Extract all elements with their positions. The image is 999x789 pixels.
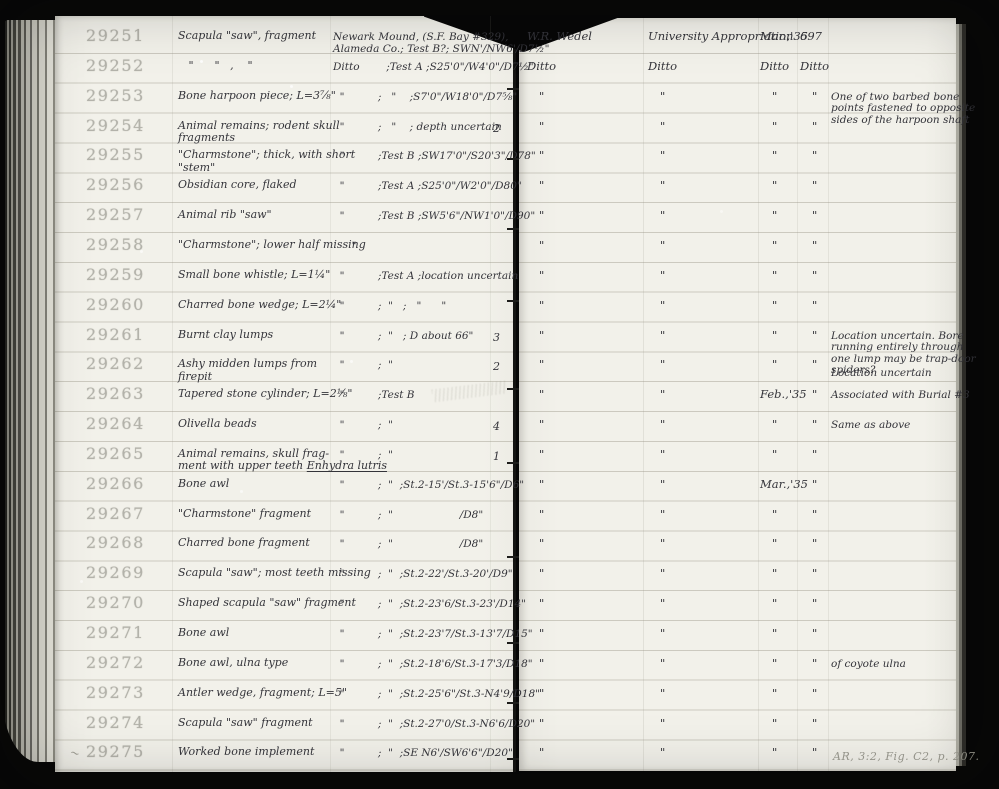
description-cell: Tapered stone cylinder; L=2⅛" — [178, 388, 352, 401]
collector-cell: Ditto — [527, 59, 556, 73]
locality-cell: " ;Test A ;location uncertain — [333, 270, 518, 282]
order-number-cell: " — [800, 208, 817, 222]
count-cell: 4 — [493, 420, 500, 433]
column-rule — [828, 18, 829, 771]
collector-cell: " — [527, 566, 544, 580]
date-cell: " — [760, 566, 777, 580]
spine-tick — [507, 758, 519, 760]
collector-cell: " — [527, 268, 544, 282]
remarks-cell: Location uncertain — [831, 368, 932, 380]
fund-cell: " — [648, 536, 665, 550]
count-cell: 2 — [493, 360, 500, 373]
column-rule — [172, 16, 173, 772]
order-number-cell: " — [800, 119, 817, 133]
order-number-cell: " — [800, 357, 817, 371]
description-cell: Antler wedge, fragment; L=5" — [178, 687, 347, 700]
description-cell: Bone awl — [178, 627, 229, 640]
date-cell: " — [760, 417, 777, 431]
locality-cell: " ;Test A ;S25'0"/W2'0"/D80" — [333, 180, 522, 192]
catalog-number-stamp: 29272 — [86, 653, 145, 672]
scanned-ledger-photo: ~ 29251Scapula "saw", fragmentNewark Mou… — [0, 0, 999, 789]
description-cell: Charred bone fragment — [178, 537, 310, 550]
date-cell: " — [760, 148, 777, 162]
locality-cell: Newark Mound, (S.F. Bay #329), Alameda C… — [333, 31, 549, 55]
locality-cell: Ditto ;Test A ;S25'0"/W4'0"/D7½" — [333, 61, 534, 73]
catalog-number-stamp: 29255 — [86, 145, 145, 164]
description-cell: Charred bone wedge; L=2¼" — [178, 299, 341, 312]
fund-cell: " — [648, 417, 665, 431]
description-cell: Shaped scapula "saw" fragment — [178, 597, 356, 610]
fund-cell: " — [648, 357, 665, 371]
catalog-number-stamp: 29269 — [86, 563, 145, 582]
collector-cell: " — [527, 447, 544, 461]
count-cell: 3 — [493, 331, 500, 344]
collector-cell: " — [527, 208, 544, 222]
order-number-cell: " — [800, 387, 817, 401]
order-number-cell: " — [800, 89, 817, 103]
order-number-cell: " — [800, 745, 817, 759]
collector-cell: " — [527, 536, 544, 550]
catalog-number-stamp: 29263 — [86, 384, 145, 403]
description-cell: Bone harpoon piece; L=3⅞" — [178, 90, 336, 103]
fund-cell: " — [648, 447, 665, 461]
fund-cell: " — [648, 507, 665, 521]
collector-cell: " — [527, 716, 544, 730]
fund-cell: " — [648, 686, 665, 700]
order-number-cell: Ditto — [800, 59, 829, 73]
locality-cell: " ; " ; " " — [333, 300, 446, 312]
description-cell: Scapula "saw", fragment — [178, 30, 316, 43]
locality-cell: " ; " ;St.2-27'0/St.3-N6'6/D20" — [333, 718, 535, 730]
catalog-number-stamp: 29271 — [86, 623, 145, 642]
catalog-number-stamp: 29257 — [86, 205, 145, 224]
catalog-number-stamp: 29259 — [86, 265, 145, 284]
catalog-number-stamp: 29251 — [86, 26, 145, 45]
description-cell: Obsidian core, flaked — [178, 179, 297, 192]
catalog-number-stamp: 29262 — [86, 354, 145, 373]
catalog-number-stamp: 29254 — [86, 116, 145, 135]
catalog-number-stamp: 29256 — [86, 175, 145, 194]
order-number-cell: " — [800, 178, 817, 192]
order-number-cell: " — [800, 536, 817, 550]
catalog-number-stamp: 29274 — [86, 713, 145, 732]
locality-cell: " ; " — [333, 419, 393, 431]
date-cell: " — [760, 208, 777, 222]
collector-cell: " — [527, 417, 544, 431]
locality-cell: " ; " ;St.2-23'7/St.3-13'7/D15" — [333, 628, 533, 640]
description-cell: Animal rib "saw" — [178, 209, 272, 222]
remarks-cell: Associated with Burial #3 — [831, 390, 970, 402]
remarks-cell: One of two barbed bone points fastened t… — [831, 92, 975, 127]
collector-cell: " — [527, 477, 544, 491]
spine-tick — [507, 300, 519, 302]
order-number-cell: " — [800, 596, 817, 610]
catalog-number-stamp: 29258 — [86, 235, 145, 254]
fund-cell: " — [648, 119, 665, 133]
fund-cell: " — [648, 268, 665, 282]
collector-cell: " — [527, 745, 544, 759]
fund-cell: " — [648, 89, 665, 103]
description-cell: " " , " — [178, 60, 253, 73]
catalog-number-stamp: 29261 — [86, 325, 145, 344]
order-number-cell: " — [800, 328, 817, 342]
count-cell: 2 — [493, 122, 500, 135]
description-cell: Small bone whistle; L=1¼" — [178, 269, 330, 282]
date-cell: Ditto — [760, 59, 789, 73]
fund-cell: " — [648, 656, 665, 670]
locality-cell: " ; " ; depth uncertain — [333, 121, 502, 133]
collector-cell: " — [527, 357, 544, 371]
order-number-cell: " — [800, 238, 817, 252]
description-cell: Bone awl, ulna type — [178, 657, 288, 670]
catalog-number-stamp: 29260 — [86, 295, 145, 314]
date-cell: " — [760, 656, 777, 670]
fund-cell: " — [648, 626, 665, 640]
description-cell: "Charmstone" fragment — [178, 508, 311, 521]
date-cell: " — [760, 238, 777, 252]
catalog-number-stamp: 29273 — [86, 683, 145, 702]
spine-tick — [507, 642, 519, 644]
fund-cell: " — [648, 387, 665, 401]
collector-cell: " — [527, 686, 544, 700]
order-number-cell: " — [800, 507, 817, 521]
spine-tick — [507, 556, 519, 558]
order-number-cell: " — [800, 447, 817, 461]
catalog-number-stamp: 29265 — [86, 444, 145, 463]
spine-tick — [507, 88, 519, 90]
order-number-cell: 697 — [800, 29, 822, 43]
order-number-cell: " — [800, 268, 817, 282]
column-rule — [758, 18, 759, 771]
fund-cell: " — [648, 328, 665, 342]
description-cell: "Charmstone"; thick, with short "stem" — [178, 149, 355, 174]
order-number-cell: " — [800, 686, 817, 700]
order-number-cell: " — [800, 716, 817, 730]
date-cell: " — [760, 178, 777, 192]
description-cell: Ashy midden lumps from firepit — [178, 358, 317, 383]
locality-cell: " ; " ; D about 66" — [333, 330, 473, 342]
locality-cell: " — [333, 240, 357, 252]
date-cell: " — [760, 745, 777, 759]
pencil-reference: AR, 3:2, Fig. C2, p. 207. — [833, 750, 980, 763]
collector-cell: " — [527, 387, 544, 401]
collector-cell: " — [527, 298, 544, 312]
spine-tick — [507, 388, 519, 390]
date-cell: " — [760, 328, 777, 342]
fund-cell: " — [648, 745, 665, 759]
description-cell: Olivella beads — [178, 418, 257, 431]
locality-cell: " ; " ;S7'0"/W18'0"/D7⅝" — [333, 91, 517, 103]
order-number-cell: " — [800, 566, 817, 580]
date-cell: " — [760, 119, 777, 133]
order-number-cell: " — [800, 626, 817, 640]
collector-cell: " — [527, 148, 544, 162]
catalog-number-stamp: 29275 — [86, 742, 145, 761]
order-number-cell: " — [800, 656, 817, 670]
fund-cell: Ditto — [648, 59, 677, 73]
fund-cell: " — [648, 477, 665, 491]
count-cell: 1 — [493, 450, 500, 463]
catalog-number-stamp: 29266 — [86, 474, 145, 493]
locality-cell: " ;Test B ;SW5'6"/NW1'0"/D90" — [333, 210, 535, 222]
catalog-number-stamp: 29268 — [86, 533, 145, 552]
locality-cell: " ; " — [333, 359, 393, 371]
collector-cell: " — [527, 328, 544, 342]
date-cell: " — [760, 268, 777, 282]
collector-cell: " — [527, 178, 544, 192]
locality-cell: " ; " ;St.2-18'6/St.3-17'3/D18" — [333, 658, 533, 670]
catalog-number-stamp: 29252 — [86, 56, 145, 75]
remarks-cell: Same as above — [831, 420, 910, 432]
order-number-cell: " — [800, 417, 817, 431]
date-cell: " — [760, 626, 777, 640]
spine-tick — [507, 228, 519, 230]
remarks-cell: of coyote ulna — [831, 659, 906, 671]
fund-cell: " — [648, 238, 665, 252]
date-cell: " — [760, 447, 777, 461]
order-number-cell: " — [800, 298, 817, 312]
description-cell: Animal remains; rodent skull fragments — [178, 120, 340, 145]
fund-cell: " — [648, 298, 665, 312]
locality-cell: " ; " — [333, 449, 393, 461]
locality-cell: " ; " ;St.2-22'/St.3-20'/D9" — [333, 568, 513, 580]
date-cell: " — [760, 686, 777, 700]
locality-cell: " ; " /D8" — [333, 509, 483, 521]
description-cell: Bone awl — [178, 478, 229, 491]
fund-cell: " — [648, 178, 665, 192]
collector-cell: " — [527, 238, 544, 252]
catalog-number-stamp: 29264 — [86, 414, 145, 433]
date-cell: " — [760, 357, 777, 371]
locality-cell: " ; " ;St.2-25'6"/St.3-N4'9/D18" — [333, 688, 540, 700]
collector-cell: " — [527, 89, 544, 103]
fund-cell: " — [648, 148, 665, 162]
fund-cell: " — [648, 566, 665, 580]
date-cell: " — [760, 716, 777, 730]
locality-cell: " ; " ;SE N6'/SW6'6"/D20" — [333, 747, 513, 759]
spine-tick — [507, 462, 519, 464]
collector-cell: W.R. Wedel — [527, 29, 592, 43]
date-cell: " — [760, 89, 777, 103]
collector-cell: " — [527, 119, 544, 133]
locality-cell: " ; " ;St.2-23'6/St.3-23'/D14" — [333, 598, 526, 610]
order-number-cell: " — [800, 477, 817, 491]
spine-tick — [507, 702, 519, 704]
fund-cell: " — [648, 596, 665, 610]
date-cell: " — [760, 536, 777, 550]
catalog-number-stamp: 29267 — [86, 504, 145, 523]
order-number-cell: " — [800, 148, 817, 162]
locality-cell: " ;Test B ;SW17'0"/S20'3"/D78" — [333, 150, 536, 162]
collector-cell: " — [527, 596, 544, 610]
catalog-number-stamp: 29253 — [86, 86, 145, 105]
column-rule — [643, 18, 644, 771]
spine-tick — [507, 158, 519, 160]
date-cell: " — [760, 596, 777, 610]
locality-cell: " ;Test B — [333, 389, 414, 401]
description-cell: Worked bone implement — [178, 746, 314, 759]
fund-cell: " — [648, 716, 665, 730]
locality-cell: " ; " ;St.2-15'/St.3-15'6"/D6" — [333, 479, 524, 491]
date-cell: " — [760, 507, 777, 521]
collector-cell: " — [527, 656, 544, 670]
book-page-stack-edge — [0, 20, 58, 762]
date-cell: " — [760, 298, 777, 312]
description-cell: Burnt clay lumps — [178, 329, 273, 342]
collector-cell: " — [527, 626, 544, 640]
locality-cell: " ; " /D8" — [333, 538, 483, 550]
description-cell: Scapula "saw" fragment — [178, 717, 313, 730]
catalog-number-stamp: 29270 — [86, 593, 145, 612]
collector-cell: " — [527, 507, 544, 521]
fund-cell: " — [648, 208, 665, 222]
